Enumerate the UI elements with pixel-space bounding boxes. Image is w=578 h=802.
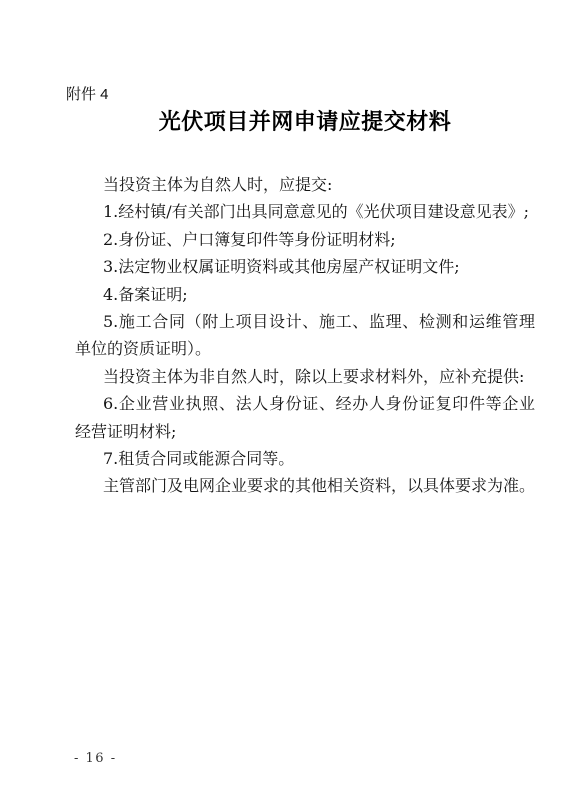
- document-title: 光伏项目并网申请应提交材料: [75, 108, 535, 136]
- body-line: 当投资主体为自然人时，应提交:: [75, 171, 535, 198]
- body-line: 5.施工合同（附上项目设计、施工、监理、检测和运维管理: [75, 308, 535, 335]
- body-line: 当投资主体为非自然人时，除以上要求材料外，应补充提供:: [75, 363, 535, 390]
- body-line: 经营证明材料;: [75, 418, 535, 445]
- body-line: 2.身份证、户口簿复印件等身份证明材料;: [75, 226, 535, 253]
- body-line: 单位的资质证明）。: [75, 335, 535, 362]
- document-page: 附件 4 光伏项目并网申请应提交材料 当投资主体为自然人时，应提交:1.经村镇/…: [0, 0, 578, 802]
- body-line: 主管部门及电网企业要求的其他相关资料，以具体要求为准。: [75, 472, 535, 499]
- body-line: 4.备案证明;: [75, 281, 535, 308]
- body-line: 7.租赁合同或能源合同等。: [75, 445, 535, 472]
- body-line: 6.企业营业执照、法人身份证、经办人身份证复印件等企业: [75, 390, 535, 417]
- page-number: - 16 -: [74, 751, 117, 766]
- body-line: 3.法定物业权属证明资料或其他房屋产权证明文件;: [75, 253, 535, 280]
- body-text: 当投资主体为自然人时，应提交:1.经村镇/有关部门出具同意意见的《光伏项目建设意…: [75, 171, 535, 500]
- body-line: 1.经村镇/有关部门出具同意意见的《光伏项目建设意见表》;: [75, 198, 535, 225]
- attachment-label: 附件 4: [66, 87, 109, 103]
